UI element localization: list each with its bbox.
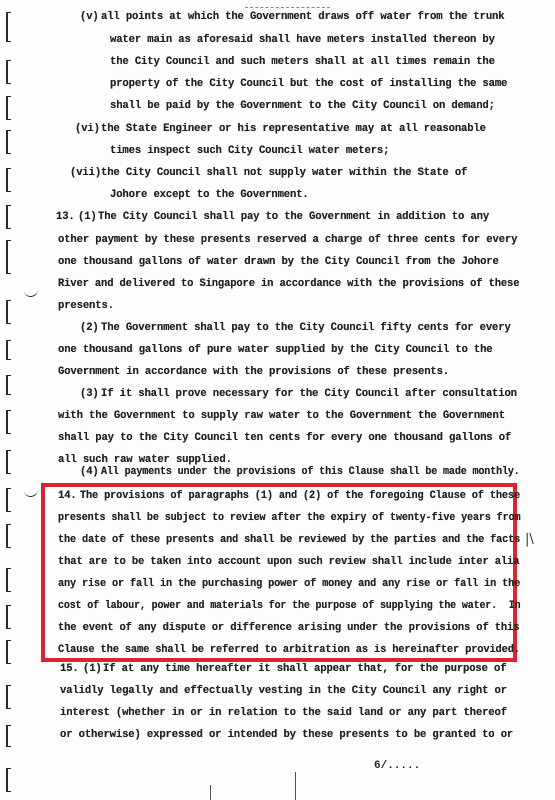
binding-bracket — [6, 725, 11, 747]
clause-13-p4-label: (4) — [80, 465, 99, 479]
item-vi-line: the State Engineer or his representative… — [101, 122, 486, 136]
binding-bracket — [6, 60, 11, 84]
clause-13-p3-line: shall pay to the City Council ten cents … — [58, 431, 511, 445]
clause-14-line: The provisions of paragraphs (1) and (2)… — [80, 489, 520, 503]
clause-15-p1-line: or otherwise) expressed or intended by t… — [60, 728, 513, 742]
binding-bracket — [6, 300, 11, 324]
item-v-line: water main as aforesaid shall have meter… — [110, 33, 495, 47]
clause-14-line: the event of any dispute or difference a… — [58, 621, 519, 635]
binding-bracket — [6, 768, 11, 792]
binding-bracket — [6, 375, 11, 395]
clause-13-p1-line: other payment by these presents reserved… — [58, 233, 517, 247]
binding-bracket — [6, 685, 11, 709]
clause-13-p1-line: presents. — [58, 299, 114, 313]
clause-14-line: the date of these presents and shall be … — [58, 533, 520, 547]
item-v-line: property of the City Council but the cos… — [110, 77, 507, 91]
clause-14-line: Clause the same shall be referred to arb… — [58, 643, 520, 657]
scan-artifact — [295, 772, 296, 800]
binding-bracket — [6, 488, 11, 512]
scan-artifact — [210, 785, 211, 800]
binding-bracket — [6, 640, 11, 664]
clause-15-p1-line: If at any time hereafter it shall appear… — [103, 662, 506, 676]
binding-bracket — [6, 130, 11, 154]
item-v-line: the City Council and such meters shall a… — [110, 55, 495, 69]
clause-13-p1-label: (1) — [78, 210, 97, 224]
clause-13-number: 13. — [56, 210, 75, 224]
clause-13-p1-line: The City Council shall pay to the Govern… — [98, 210, 489, 224]
clause-13-p2-line: The Government shall pay to the City Cou… — [101, 321, 511, 335]
clause-15-p1-line: interest (whether in or in relation to t… — [60, 706, 507, 720]
clause-14-line: cost of labour, power and materials for … — [58, 599, 520, 613]
pen-mark — [23, 287, 38, 298]
item-vi-label: (vi) — [75, 122, 100, 136]
clause-13-p1-line: River and delivered to Singapore in acco… — [58, 277, 519, 291]
clause-13-p2-line: Government in accordance with the provis… — [58, 365, 449, 379]
binding-bracket — [6, 340, 11, 360]
binding-bracket — [6, 205, 11, 229]
clause-13-p2-line: one thousand gallons of pure water suppl… — [58, 343, 493, 357]
clause-13-p3-label: (3) — [80, 387, 99, 401]
pen-mark — [23, 487, 38, 498]
binding-bracket — [6, 12, 11, 42]
clause-14-line: that are to be taken into account upon s… — [58, 555, 519, 569]
binding-bracket — [6, 524, 11, 548]
margin-annotation: |\ — [525, 532, 534, 547]
page-continuation: 6/..... — [374, 760, 420, 772]
item-v-line: shall be paid by the Government to the C… — [110, 99, 495, 113]
clause-13-p1-line: one thousand gallons of water drawn by t… — [58, 255, 499, 269]
clause-14-number: 14. — [58, 489, 77, 503]
item-vi-line: times inspect such City Council water me… — [110, 144, 389, 158]
binding-bracket — [6, 605, 11, 629]
clause-14-line: presents shall be subject to review afte… — [58, 511, 520, 525]
binding-bracket — [6, 410, 11, 434]
scan-artifact — [245, 7, 330, 9]
item-v-label: (v) — [80, 10, 99, 24]
clause-14-line: any rise or fall in the purchasing power… — [58, 577, 520, 591]
clause-15-number: 15. — [60, 662, 79, 676]
highlight-box-clause-14 — [41, 483, 517, 662]
document-page: (v) all points at which the Government d… — [0, 0, 555, 800]
item-vii-line: the City Council shall not supply water … — [101, 166, 467, 180]
clause-13-p2-label: (2) — [80, 321, 99, 335]
item-vii-line: Johore except to the Government. — [110, 188, 309, 202]
binding-bracket — [6, 450, 11, 474]
clause-13-p3-line: with the Government to supply raw water … — [58, 409, 505, 423]
binding-bracket — [6, 568, 11, 592]
clause-13-p3-line: If it shall prove necessary for the City… — [101, 387, 517, 401]
clause-15-p1-line: validly legally and effectually vesting … — [60, 684, 507, 698]
clause-15-p1-label: (1) — [83, 662, 102, 676]
binding-bracket — [6, 168, 11, 192]
binding-bracket — [6, 96, 11, 120]
clause-13-p4-line: All payments under the provisions of thi… — [101, 465, 520, 479]
binding-bracket — [6, 240, 11, 274]
item-v-line: all points at which the Government draws… — [101, 10, 504, 24]
item-vii-label: (vii) — [70, 166, 101, 180]
